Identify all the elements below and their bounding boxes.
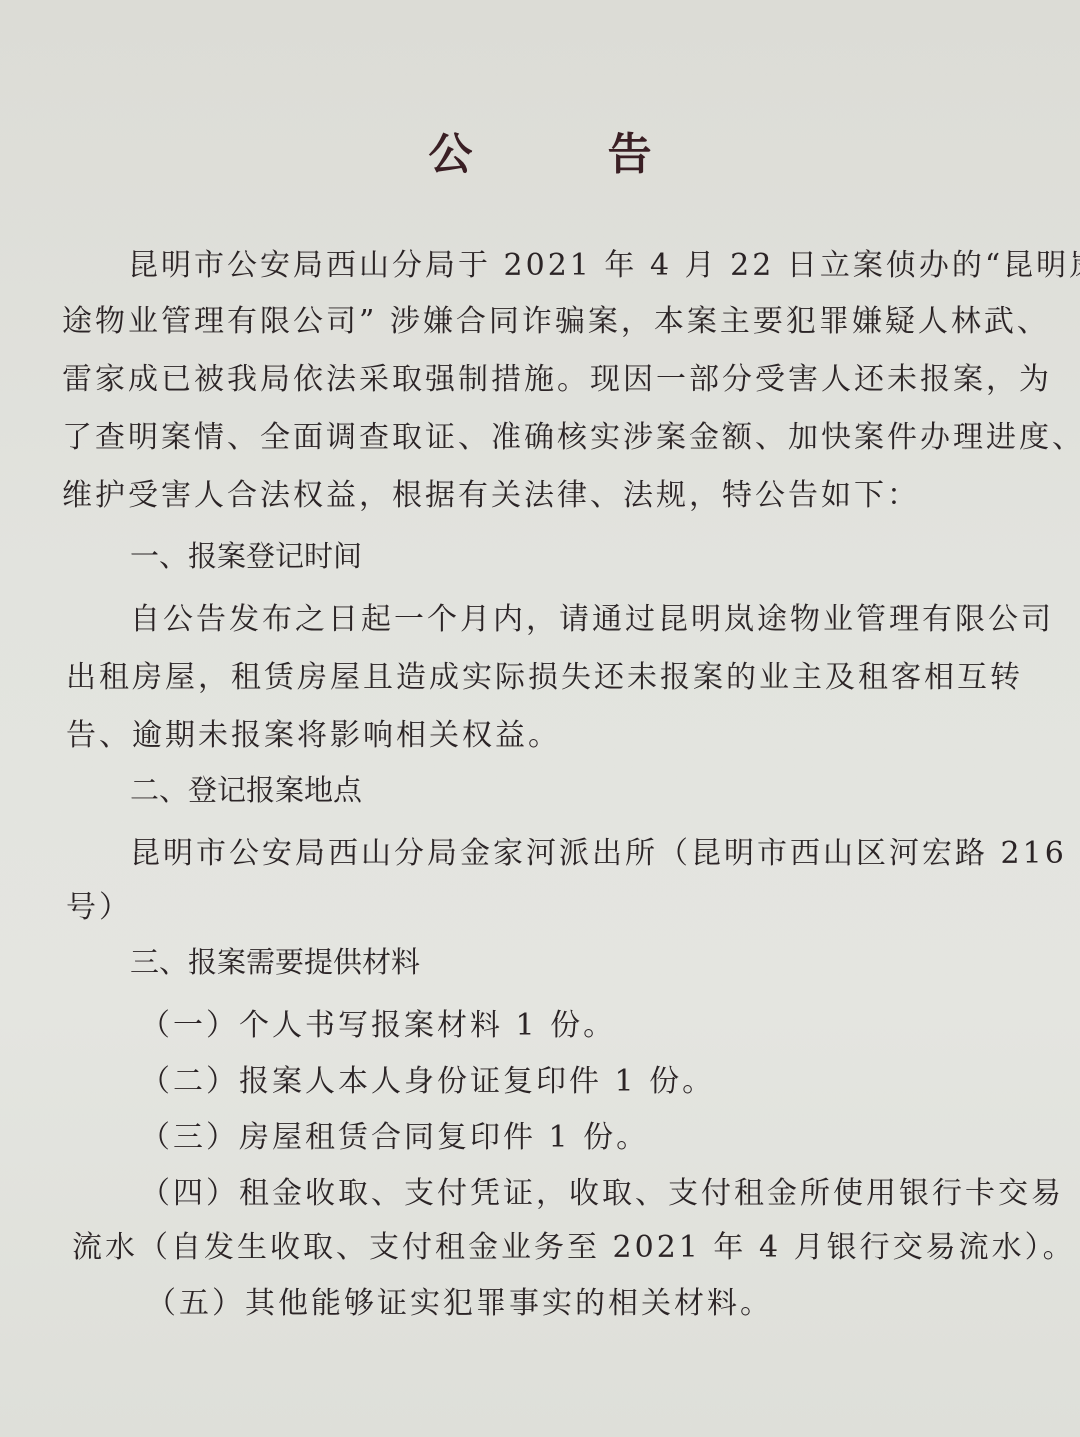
section-line: 号） — [66, 882, 132, 926]
section-line: 昆明市公安局西山分局金家河派出所（昆明市西山区河宏路 216 — [130, 828, 1067, 872]
material-item: （一）个人书写报案材料 1 份。 — [140, 1000, 616, 1044]
document-title: 公 告 — [0, 118, 1080, 182]
section-line: 自公告发布之日起一个月内，请通过昆明岚途物业管理有限公司 — [130, 594, 1054, 638]
material-item: （二）报案人本人身份证复印件 1 份。 — [140, 1056, 715, 1100]
material-item: 流水（自发生收取、支付租金业务至 2021 年 4 月银行交易流水）。 — [72, 1222, 1076, 1266]
intro-line: 维护受害人合法权益，根据有关法律、法规，特公告如下： — [62, 470, 920, 514]
section-line: 出租房屋，租赁房屋且造成实际损失还未报案的业主及租客相互转 — [66, 652, 1023, 696]
material-item: （四）租金收取、支付凭证，收取、支付租金所使用银行卡交易 — [140, 1168, 1064, 1212]
material-item: （三）房屋租赁合同复印件 1 份。 — [140, 1112, 649, 1156]
title-char-2: 告 — [608, 118, 652, 182]
intro-line: 途物业管理有限公司” 涉嫌合同诈骗案，本案主要犯罪嫌疑人林武、 — [62, 296, 1050, 340]
section-line: 告、逾期未报案将影响相关权益。 — [66, 710, 561, 754]
intro-line: 了查明案情、全面调查取证、准确核实涉案金额、加快案件办理进度、 — [62, 412, 1080, 456]
notice-document: 公 告 昆明市公安局西山分局于 2021 年 4 月 22 日立案侦办的“昆明岚… — [0, 0, 1080, 1437]
material-item: （五）其他能够证实犯罪事实的相关材料。 — [146, 1278, 773, 1322]
intro-line: 雷家成已被我局依法采取强制措施。现因一部分受害人还未报案，为 — [62, 354, 1052, 398]
section-heading: 二、登记报案地点 — [130, 768, 362, 809]
title-char-1: 公 — [428, 118, 472, 182]
intro-line: 昆明市公安局西山分局于 2021 年 4 月 22 日立案侦办的“昆明岚 — [128, 240, 1080, 284]
section-heading: 一、报案登记时间 — [130, 534, 362, 575]
section-heading: 三、报案需要提供材料 — [130, 940, 420, 981]
